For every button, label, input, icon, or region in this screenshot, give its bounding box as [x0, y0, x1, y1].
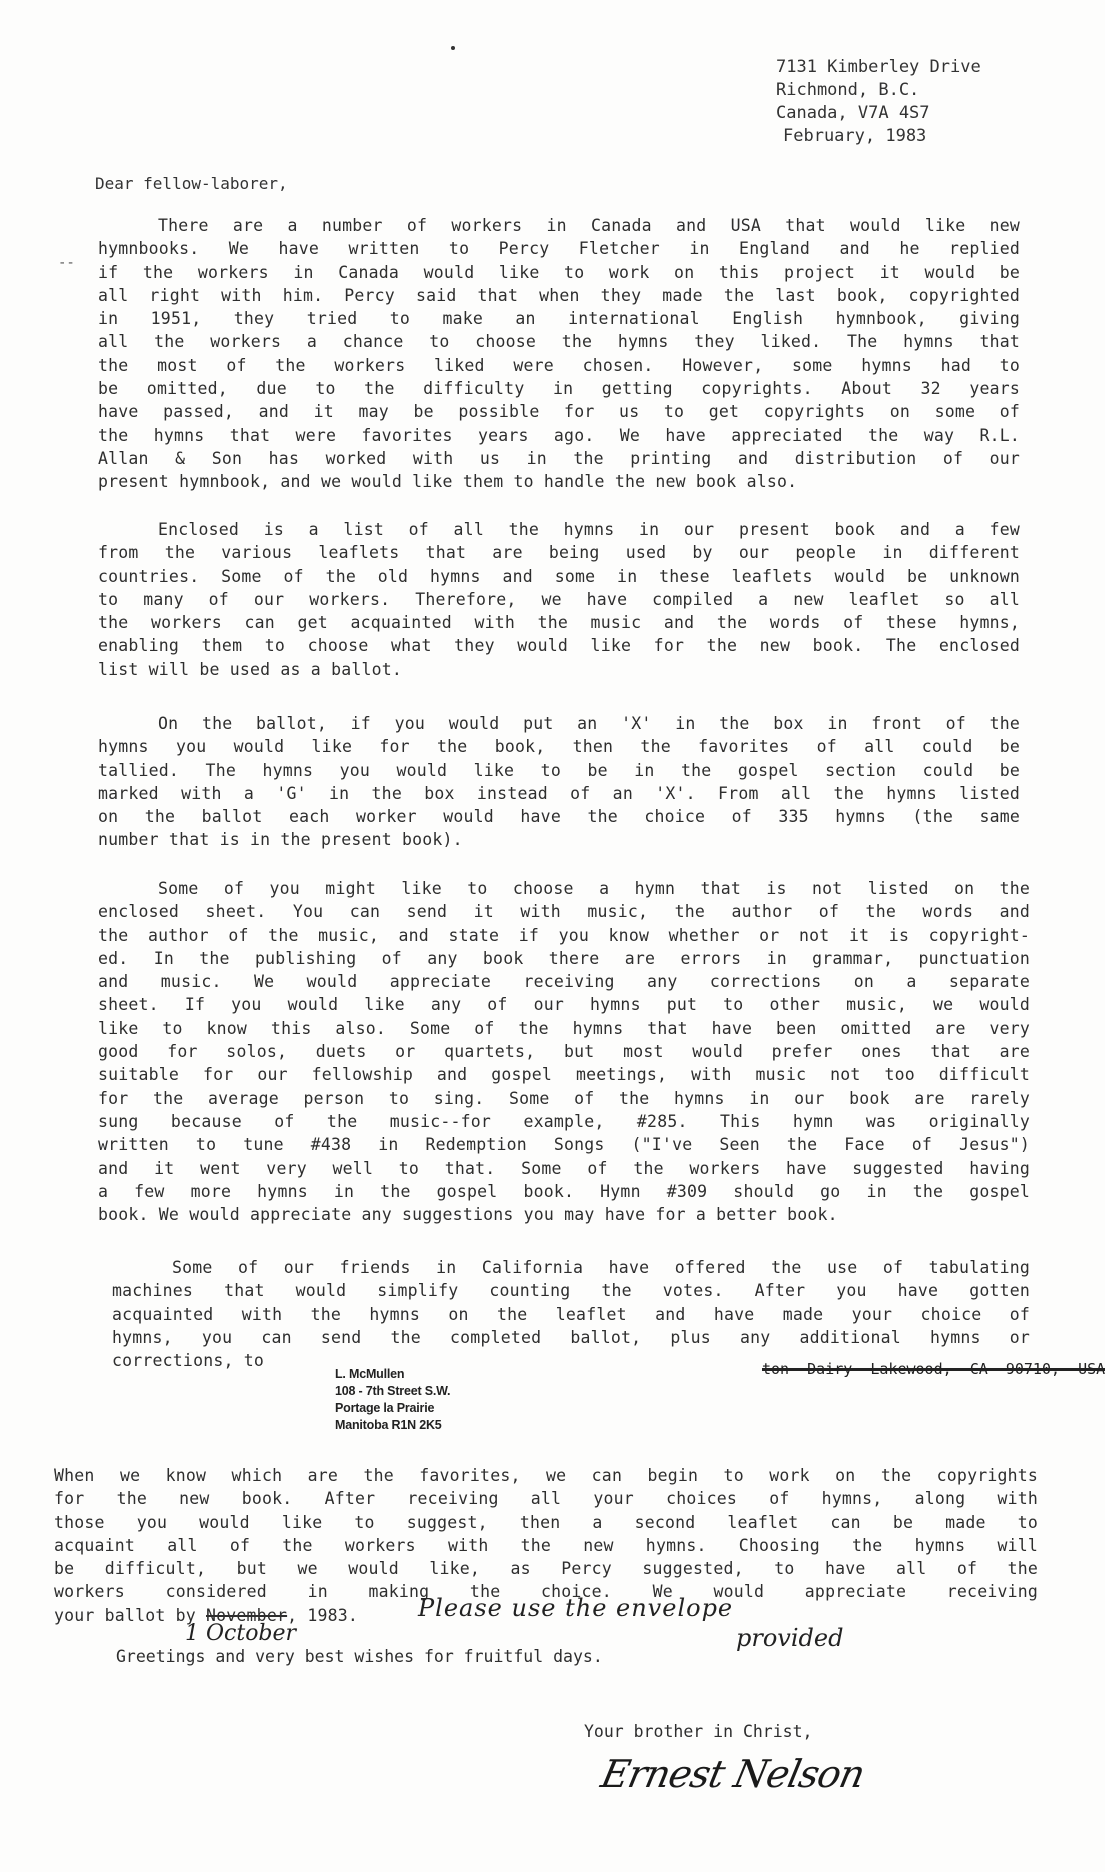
stamp-line: Portage la Prairie [335, 1400, 450, 1417]
greeting: Greetings and very best wishes for fruit… [116, 1647, 603, 1666]
text-line: hymns you would like for the book, then … [98, 735, 1020, 758]
stamp-line: 108 - 7th Street S.W. [335, 1383, 450, 1400]
text-line: acquaint all of the workers with the new… [54, 1534, 1038, 1557]
text-line: sung because of the music--for example, … [98, 1110, 1030, 1133]
paragraph-6: When we know which are the favorites, we… [54, 1464, 1038, 1604]
text-line: Some of our friends in California have o… [112, 1256, 1030, 1279]
text-line: tallied. The hymns you would like to be … [98, 759, 1020, 782]
text-line: Some of you might like to choose a hymn … [98, 877, 1030, 900]
stamp-line: L. McMullen [335, 1366, 450, 1383]
signature: Ernest Nelson [597, 1752, 868, 1796]
text-line: the workers can get acquainted with the … [98, 611, 1020, 634]
text-line: and it went very well to that. Some of t… [98, 1157, 1030, 1180]
text-line: on the ballot each worker would have the… [98, 805, 1020, 828]
text-line: written to tune #438 in Redemption Songs… [98, 1133, 1030, 1156]
text-line: book. We would appreciate any suggestion… [98, 1203, 1030, 1226]
text-line: Enclosed is a list of all the hymns in o… [98, 518, 1020, 541]
handwritten-note-line2: provided [736, 1624, 843, 1652]
text-line: a few more hymns in the gospel book. Hym… [98, 1180, 1030, 1203]
sender-address-block: 7131 Kimberley Drive Richmond, B.C. Cana… [776, 56, 981, 148]
text-line: enclosed sheet. You can send it with mus… [98, 900, 1030, 923]
text-line: if the workers in Canada would like to w… [98, 261, 1020, 284]
paragraph-5: Some of our friends in California have o… [112, 1256, 1030, 1372]
text-line: all right with him. Percy said that when… [98, 284, 1020, 307]
text-line: marked with a 'G' in the box instead of … [98, 782, 1020, 805]
text-line: hymns, you can send the completed ballot… [112, 1326, 1030, 1349]
text-line: There are a number of workers in Canada … [98, 214, 1020, 237]
struck-out-address: ton--Dairy--Lakewood,--CA--90710,--USA. [762, 1360, 1105, 1378]
text-line: in 1951, they tried to make an internati… [98, 307, 1020, 330]
deadline-suffix: , 1983. [287, 1606, 358, 1625]
paragraph-2: Enclosed is a list of all the hymns in o… [98, 518, 1020, 681]
paragraph-4: Some of you might like to choose a hymn … [98, 877, 1030, 1226]
margin-mark: -- [58, 255, 75, 271]
paragraph-3: On the ballot, if you would put an 'X' i… [98, 712, 1020, 852]
paragraph-1: There are a number of workers in Canada … [98, 214, 1020, 494]
stamped-return-address: L. McMullen 108 - 7th Street S.W. Portag… [335, 1366, 450, 1434]
text-line: machines that would simplify counting th… [112, 1279, 1030, 1302]
text-line: for the new book. After receiving all yo… [54, 1487, 1038, 1510]
text-line: Allan & Son has worked with us in the pr… [98, 447, 1020, 470]
stamp-line: Manitoba R1N 2K5 [335, 1417, 450, 1434]
text-line: When we know which are the favorites, we… [54, 1464, 1038, 1487]
text-line: present hymnbook, and we would like them… [98, 470, 1020, 493]
text-line: sheet. If you would like any of our hymn… [98, 993, 1030, 1016]
text-line: all the workers a chance to choose the h… [98, 330, 1020, 353]
text-line: and music. We would appreciate receiving… [98, 970, 1030, 993]
salutation: Dear fellow-laborer, [95, 174, 288, 193]
text-line: like to know this also. Some of the hymn… [98, 1017, 1030, 1040]
scan-speck [451, 46, 455, 50]
text-line: the author of the music, and state if yo… [98, 924, 1030, 947]
text-line: be difficult, but we would like, as Perc… [54, 1557, 1038, 1580]
text-line: list will be used as a ballot. [98, 658, 1020, 681]
text-line: from the various leaflets that are being… [98, 541, 1020, 564]
text-line: enabling them to choose what they would … [98, 634, 1020, 657]
handwritten-note-line1: Please use the envelope [418, 1594, 733, 1622]
text-line: countries. Some of the old hymns and som… [98, 565, 1020, 588]
letter-page: 7131 Kimberley Drive Richmond, B.C. Cana… [0, 0, 1105, 1872]
text-line: be omitted, due to the difficulty in get… [98, 377, 1020, 400]
address-line: 7131 Kimberley Drive [776, 56, 981, 79]
letter-date: February, 1983 [776, 125, 981, 148]
text-line: to many of our workers. Therefore, we ha… [98, 588, 1020, 611]
text-line: the hymns that were favorites years ago.… [98, 424, 1020, 447]
closing: Your brother in Christ, [584, 1722, 812, 1741]
text-line: number that is in the present book). [98, 828, 1020, 851]
text-line: good for solos, duets or quartets, but m… [98, 1040, 1030, 1063]
text-line: have passed, and it may be possible for … [98, 400, 1020, 423]
text-line: hymnbooks. We have written to Percy Flet… [98, 237, 1020, 260]
text-line: ed. In the publishing of any book there … [98, 947, 1030, 970]
text-line: acquainted with the hymns on the leaflet… [112, 1303, 1030, 1326]
handwritten-date-correction: 1 October [185, 1621, 296, 1646]
text-line: On the ballot, if you would put an 'X' i… [98, 712, 1020, 735]
text-line: those you would like to suggest, then a … [54, 1511, 1038, 1534]
text-line: suitable for our fellowship and gospel m… [98, 1063, 1030, 1086]
text-line: for the average person to sing. Some of … [98, 1087, 1030, 1110]
address-line: Richmond, B.C. [776, 79, 981, 102]
address-line: Canada, V7A 4S7 [776, 102, 981, 125]
deadline-prefix: your ballot by [54, 1606, 206, 1625]
text-line: the most of the workers liked were chose… [98, 354, 1020, 377]
